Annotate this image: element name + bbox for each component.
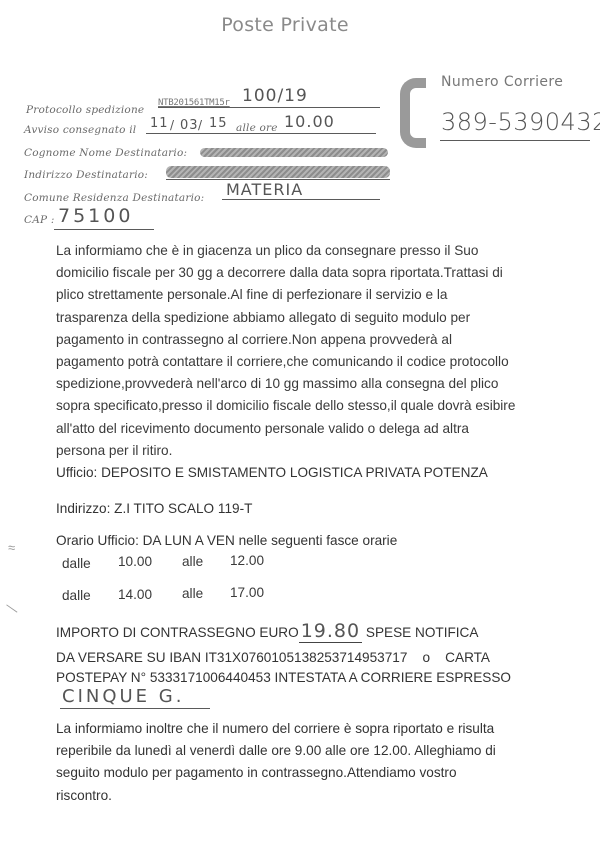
intro-line: sopra specificato,presso il domicilio fi… xyxy=(56,395,586,417)
office-hours-title: Orario Ufficio: DA LUN A VEN nelle segue… xyxy=(56,533,397,548)
notice-day: 11 xyxy=(150,116,169,131)
closing-line: La informiamo inoltre che il numero del … xyxy=(56,718,586,740)
intro-line: trasparenza della spedizione abbiamo all… xyxy=(56,307,586,329)
recipient-name-redacted xyxy=(200,148,388,157)
intro-line: domicilio fiscale per 30 gg a decorrere … xyxy=(56,262,586,284)
notice-time: 10.00 xyxy=(284,112,335,131)
payment-amount-line: IMPORTO DI CONTRASSEGNO EURO19.80 SPESE … xyxy=(56,620,478,642)
payment-iban-line: DA VERSARE SU IBAN IT31X0760105138253714… xyxy=(56,650,490,665)
date-separator-1: / xyxy=(170,118,175,132)
cap-underline xyxy=(54,229,154,230)
scan-mark: ≈ xyxy=(8,540,15,555)
protocol-label: Protocollo spedizione xyxy=(26,104,144,116)
date-separator-2: / xyxy=(198,118,203,132)
courier-number-label: Numero Corriere xyxy=(441,74,563,90)
intro-line: pagamento potrà contattare il corriere,c… xyxy=(56,351,586,373)
recipient-name-label: Cognome Nome Destinatario: xyxy=(24,147,187,159)
notice-year: 15 xyxy=(209,116,228,131)
hours-to: 17.00 xyxy=(230,585,264,600)
closing-line: riscontro. xyxy=(56,785,586,807)
hours-to-label: alle xyxy=(182,554,203,569)
courier-number-underline xyxy=(440,140,590,141)
protocol-underline xyxy=(158,107,380,108)
document-title: Poste Private xyxy=(0,14,570,36)
intro-line: La informiamo che è in giacenza un plico… xyxy=(56,240,586,262)
scan-mark: — xyxy=(3,598,22,618)
intro-paragraph: La informiamo che è in giacenza un plico… xyxy=(56,240,586,462)
office-address: Indirizzo: Z.I TITO SCALO 119-T xyxy=(56,501,252,516)
recipient-city-underline xyxy=(222,199,380,200)
intro-line: all'atto del ricevimento documento perso… xyxy=(56,418,586,440)
payment-postepay-line: POSTEPAY N° 5333171006440453 INTESTATA A… xyxy=(56,670,511,685)
courier-phone-number: 389-5390432 xyxy=(441,108,600,136)
hours-from-label: dalle xyxy=(62,588,91,603)
recipient-city-label: Comune Residenza Destinatario: xyxy=(24,192,204,204)
hours-to: 12.00 xyxy=(230,553,264,568)
cap-label: CAP : xyxy=(24,214,55,226)
hours-from: 14.00 xyxy=(118,587,152,602)
hours-to-label: alle xyxy=(182,586,203,601)
intro-line: pagamento in contrassegno al corriere.No… xyxy=(56,329,586,351)
payment-prefix: IMPORTO DI CONTRASSEGNO EURO xyxy=(56,625,299,640)
phone-handset-icon xyxy=(400,78,426,148)
recipient-address-label: Indirizzo Destinatario: xyxy=(24,169,148,181)
cap-value: 75100 xyxy=(58,205,133,227)
intro-line: plico strettamente personale.Al fine di … xyxy=(56,284,586,306)
notice-underline xyxy=(146,133,376,134)
closing-line: seguito modulo per pagamento in contrass… xyxy=(56,762,586,784)
recipient-address-redacted xyxy=(166,166,390,178)
intro-line: persona per il ritiro. xyxy=(56,440,586,462)
closing-line: reperibile da lunedì al venerdì dalle or… xyxy=(56,740,586,762)
payee-underline xyxy=(60,708,210,709)
payment-amount: 19.80 xyxy=(299,620,362,643)
closing-paragraph: La informiamo inoltre che il numero del … xyxy=(56,718,586,807)
intro-line: spedizione,provvederà nell'arco di 10 gg… xyxy=(56,373,586,395)
recipient-city-value: MATERIA xyxy=(226,180,303,199)
notice-month: 03 xyxy=(180,118,199,133)
protocol-handwritten-number: 100/19 xyxy=(242,86,308,106)
notice-label: Avviso consegnato il xyxy=(24,124,136,136)
hours-from: 10.00 xyxy=(118,554,152,569)
office-name: Ufficio: DEPOSITO E SMISTAMENTO LOGISTIC… xyxy=(56,465,488,480)
payment-suffix: SPESE NOTIFICA xyxy=(366,625,479,640)
hours-from-label: dalle xyxy=(62,556,91,571)
payee-handwritten: CINQUE G. xyxy=(62,686,184,707)
